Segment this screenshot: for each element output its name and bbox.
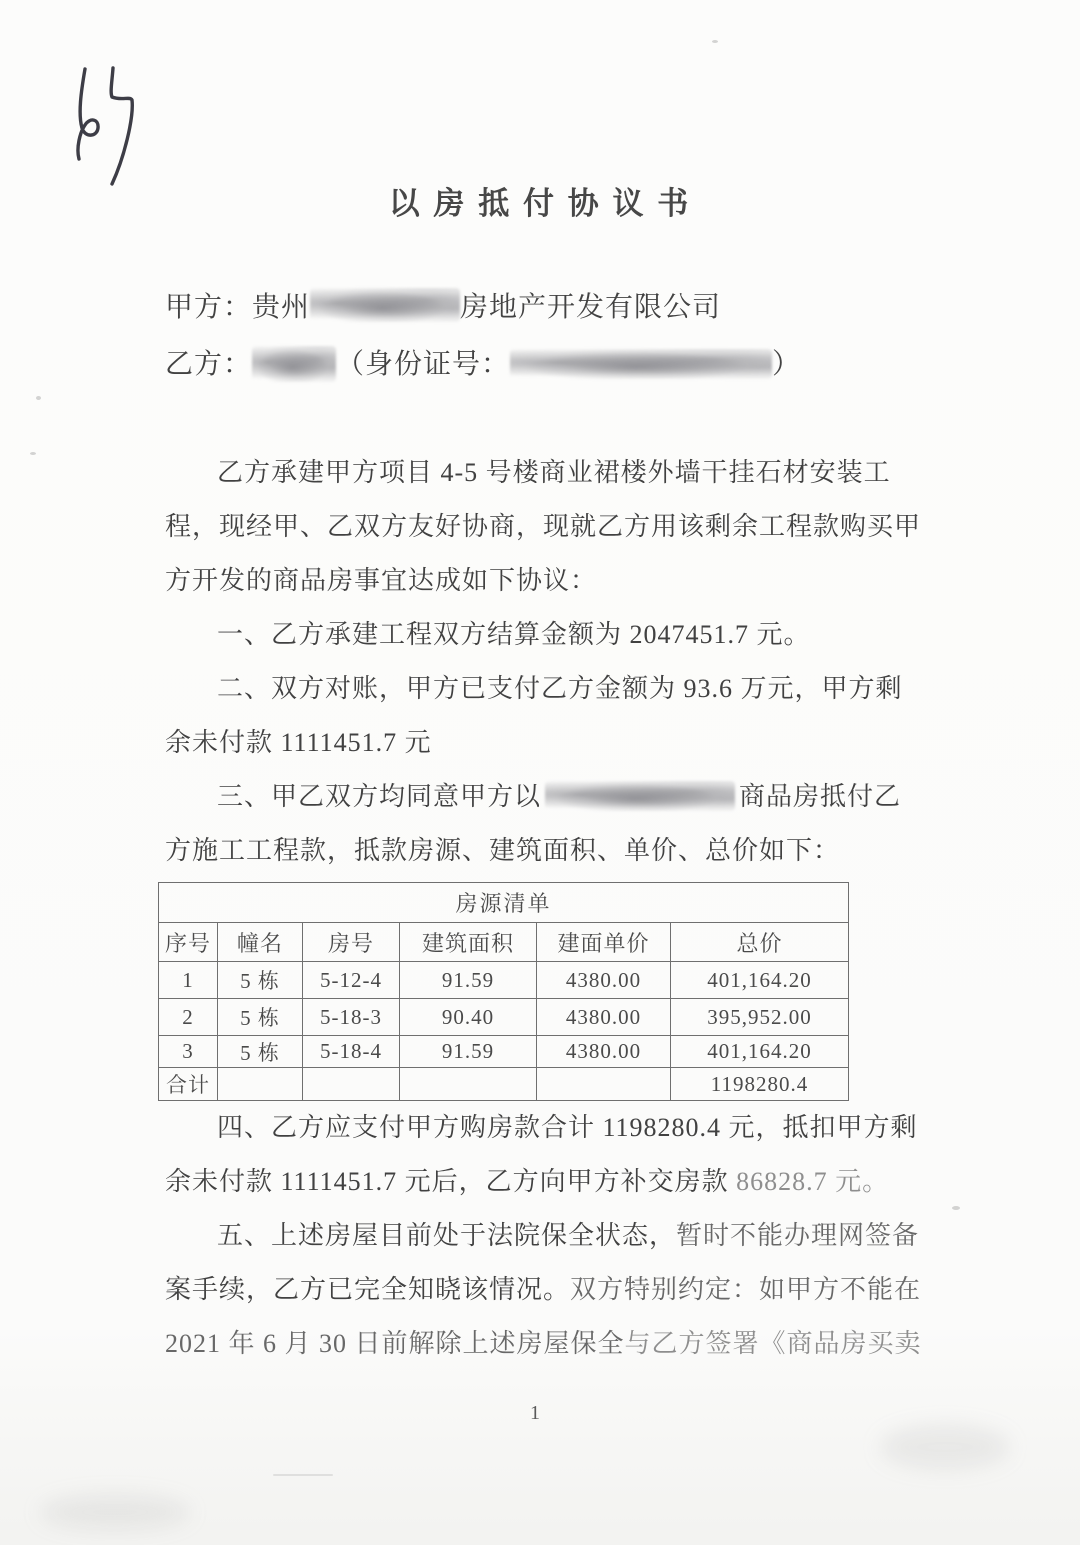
clause2-line2: 余未付款 1111451.7 元 (165, 716, 940, 770)
cell-building: 5 栋 (218, 999, 303, 1036)
clause3-line1-post: 商品房抵付乙 (739, 782, 901, 811)
cell-room: 5-18-3 (303, 999, 400, 1036)
table-title-row: 房源清单 (159, 883, 849, 923)
redaction-smudge-party-b-id (510, 349, 772, 379)
paragraph1-line2: 程，现经甲、乙双方友好协商，现就乙方用该剩余工程款购买甲 (165, 500, 940, 554)
party-a-line: 甲方：贵州房地产开发有限公司 (165, 285, 721, 325)
clause5-line2: 案手续，乙方已完全知晓该情况。双方特别约定：如甲方不能在 (165, 1263, 940, 1317)
scan-speck (712, 40, 718, 43)
empty-cell (218, 1068, 303, 1101)
scan-speck (30, 452, 36, 455)
cell-room: 5-12-4 (303, 962, 400, 999)
table-title: 房源清单 (159, 883, 849, 923)
clause5-line1-normal: 五、上述房屋目前处于法院保全状态， (217, 1221, 676, 1250)
clause5-line3-mid: 2021 年 6 月 30 日前解除上述房屋保全 (165, 1329, 625, 1358)
document-title: 以 房 抵 付 协 议 书 (0, 178, 1080, 223)
redaction-smudge-party-a (310, 288, 460, 322)
redaction-smudge-project-name (545, 781, 735, 811)
scan-blotch (40, 1495, 190, 1529)
body-text-upper: 乙方承建甲方项目 4-5 号楼商业裙楼外墙干挂石材安装工 程，现经甲、乙双方友好… (165, 446, 940, 878)
scan-speck (36, 396, 41, 400)
scan-blotch (880, 1425, 1010, 1469)
cell-total-price: 401,164.20 (671, 1036, 849, 1068)
total-value: 1198280.4 (671, 1068, 849, 1101)
cell-area: 91.59 (400, 962, 537, 999)
header-area: 建筑面积 (400, 923, 537, 962)
page-number: 1 (515, 1402, 555, 1425)
clause5-line2-normal: 案手续，乙方已完全知晓该情况。 (165, 1275, 570, 1304)
scan-streak (273, 1474, 333, 1476)
party-b-prefix: 乙方： (165, 349, 252, 380)
body-text-lower: 四、乙方应支付甲方购房款合计 1198280.4 元，抵扣甲方剩 余未付款 11… (165, 1101, 940, 1371)
cell-total-price: 401,164.20 (671, 962, 849, 999)
clause4-line2-faded: 86828.7 元。 (736, 1167, 889, 1196)
total-label: 合计 (159, 1068, 218, 1101)
clause2-line1: 二、双方对账，甲方已支付乙方金额为 93.6 万元，甲方剩 (165, 662, 940, 716)
table-header-row: 序号 幢名 房号 建筑面积 建面单价 总价 (159, 923, 849, 962)
clause5-line2-faded: 双方特别约定：如甲方不能在 (570, 1275, 921, 1304)
party-b-id-label: （身份证号： (336, 349, 510, 380)
table-row: 1 5 栋 5-12-4 91.59 4380.00 401,164.20 (159, 962, 849, 999)
paragraph1-line3: 方开发的商品房事宜达成如下协议： (165, 554, 940, 608)
scanned-contract-page: 以 房 抵 付 协 议 书 甲方：贵州房地产开发有限公司 乙方：（身份证号：） … (0, 0, 1080, 1545)
cell-building: 5 栋 (218, 962, 303, 999)
table-row: 3 5 栋 5-18-4 91.59 4380.00 401,164.20 (159, 1036, 849, 1068)
house-list-table: 房源清单 序号 幢名 房号 建筑面积 建面单价 总价 1 5 栋 5-12-4 … (158, 882, 849, 1101)
header-total-price: 总价 (671, 923, 849, 962)
clause3-line1: 三、甲乙双方均同意甲方以商品房抵付乙 (165, 770, 940, 824)
clause3-line2: 方施工工程款，抵款房源、建筑面积、单价、总价如下： (165, 824, 940, 878)
party-a-prefix: 甲方：贵州 (165, 292, 310, 323)
cell-index: 1 (159, 962, 218, 999)
table-row: 2 5 栋 5-18-3 90.40 4380.00 395,952.00 (159, 999, 849, 1036)
cell-unit-price: 4380.00 (537, 962, 671, 999)
party-b-paren-close: ） (772, 349, 801, 380)
header-index: 序号 (159, 923, 218, 962)
clause5-line1: 五、上述房屋目前处于法院保全状态，暂时不能办理网签备 (165, 1209, 940, 1263)
clause5-line3: 2021 年 6 月 30 日前解除上述房屋保全与乙方签署《商品房买卖 (165, 1317, 940, 1371)
party-a-suffix: 房地产开发有限公司 (460, 292, 721, 323)
empty-cell (303, 1068, 400, 1101)
table-total-row: 合计 1198280.4 (159, 1068, 849, 1101)
redaction-smudge-party-b-name (252, 346, 336, 382)
header-room: 房号 (303, 923, 400, 962)
paragraph1-line1: 乙方承建甲方项目 4-5 号楼商业裙楼外墙干挂石材安装工 (165, 446, 940, 500)
clause5-line1-faded: 暂时不能办理网签备 (676, 1221, 919, 1250)
cell-unit-price: 4380.00 (537, 1036, 671, 1068)
empty-cell (400, 1068, 537, 1101)
empty-cell (537, 1068, 671, 1101)
cell-index: 3 (159, 1036, 218, 1068)
cell-building: 5 栋 (218, 1036, 303, 1068)
header-building: 幢名 (218, 923, 303, 962)
cell-total-price: 395,952.00 (671, 999, 849, 1036)
cell-room: 5-18-4 (303, 1036, 400, 1068)
cell-unit-price: 4380.00 (537, 999, 671, 1036)
clause3-line1-pre: 三、甲乙双方均同意甲方以 (217, 782, 541, 811)
clause1-line: 一、乙方承建工程双方结算金额为 2047451.7 元。 (165, 608, 940, 662)
scan-speck (952, 1206, 960, 1210)
header-unit-price: 建面单价 (537, 923, 671, 962)
cell-area: 91.59 (400, 1036, 537, 1068)
cell-index: 2 (159, 999, 218, 1036)
party-b-line: 乙方：（身份证号：） (165, 342, 801, 382)
cell-area: 90.40 (400, 999, 537, 1036)
clause5-line3-faded: 与乙方签署《商品房买卖 (625, 1329, 922, 1358)
clause4-line1: 四、乙方应支付甲方购房款合计 1198280.4 元，抵扣甲方剩 (165, 1101, 940, 1155)
clause4-line2: 余未付款 1111451.7 元后，乙方向甲方补交房款 86828.7 元。 (165, 1155, 940, 1209)
clause4-line2-normal: 余未付款 1111451.7 元后，乙方向甲方补交房款 (165, 1167, 736, 1196)
